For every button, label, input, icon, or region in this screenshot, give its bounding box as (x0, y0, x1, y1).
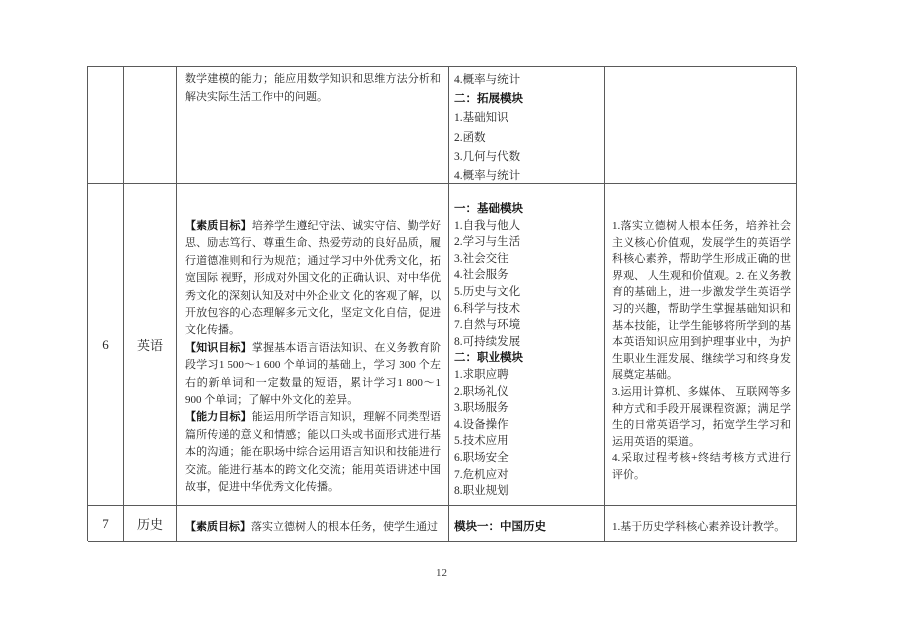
module-item: 4.概率与统计 (454, 71, 602, 90)
objective-paragraph: 【能力目标】能运用所学语言知识，理解不同类型语篇所传递的意义和情感；能以口头或书… (185, 409, 441, 496)
objectives-cell: 【素质目标】落实立德树人的根本任务，使学生通过 (177, 506, 449, 542)
seq-cell (88, 67, 124, 184)
seq-cell: 7 (88, 506, 124, 542)
note-paragraph: 3.运用计算机、多媒体、 互联网等多种方式和手段开展课程资源；满足学生的日常英语… (612, 384, 791, 450)
modules-cell: 4.概率与统计二：拓展模块1.基础知识2.函数3.几何与代数4.概率与统计 (449, 67, 605, 184)
notes-cell: 1.基于历史学科核心素养设计教学。 (605, 506, 797, 542)
modules-cell: 一：基础模块1.自我与他人2.学习与生活3.社会交往4.社会服务5.历史与文化6… (449, 184, 605, 506)
module-heading: 一：基础模块 (454, 201, 602, 218)
course-cell: 英语 (124, 184, 177, 506)
module-heading: 模块一：中国历史 (454, 519, 602, 536)
module-item: 3.几何与代数 (454, 148, 602, 167)
module-item: 2.学习与生活 (454, 234, 602, 251)
objective-paragraph: 【素质目标】落实立德树人的根本任务，使学生通过 (185, 519, 441, 536)
note-paragraph: 1.基于历史学科核心素养设计教学。 (612, 519, 791, 536)
course-cell: 历史 (124, 506, 177, 542)
objectives-cell: 【素质目标】培养学生遵纪守法、诚实守信、勤学好思、励志笃行、尊重生命、热爱劳动的… (177, 184, 449, 506)
module-item: 4.设备操作 (454, 417, 602, 434)
module-item: 1.自我与他人 (454, 218, 602, 235)
module-item: 3.社会交往 (454, 251, 602, 268)
module-item: 7.危机应对 (454, 467, 602, 484)
module-item: 7.自然与环境 (454, 317, 602, 334)
module-heading: 二：职业模块 (454, 350, 602, 367)
module-item: 3.职场服务 (454, 400, 602, 417)
module-item: 4.概率与统计 (454, 167, 602, 184)
module-item: 8.职业规划 (454, 483, 602, 500)
objectives-cell: 数学建模的能力；能应用数学知识和思维方法分析和解决实际生活工作中的问题。 (177, 67, 449, 184)
module-item: 5.历史与文化 (454, 284, 602, 301)
module-item: 5.技术应用 (454, 433, 602, 450)
module-item: 4.社会服务 (454, 267, 602, 284)
objective-label: 【素质目标】 (185, 521, 251, 533)
module-item: 1.求职应聘 (454, 367, 602, 384)
page-number: 12 (87, 567, 796, 579)
modules-cell: 模块一：中国历史 (449, 506, 605, 542)
notes-cell (605, 67, 797, 184)
seq-cell: 6 (88, 184, 124, 506)
module-item: 6.职场安全 (454, 450, 602, 467)
module-item: 2.职场礼仪 (454, 384, 602, 401)
module-item: 1.基础知识 (454, 109, 602, 128)
objective-paragraph: 【素质目标】培养学生遵纪守法、诚实守信、勤学好思、励志笃行、尊重生命、热爱劳动的… (185, 218, 441, 340)
document-page: { "page_number": "12", "table": { "row_m… (0, 0, 900, 636)
curriculum-table: 数学建模的能力；能应用数学知识和思维方法分析和解决实际生活工作中的问题。 4.概… (87, 66, 796, 541)
module-item: 2.函数 (454, 129, 602, 148)
module-heading: 二：拓展模块 (454, 90, 602, 109)
note-paragraph: 1.落实立德树人根本任务，培养社会主义核心价值观，发展学生的英语学科核心素养，帮… (612, 218, 791, 384)
objective-label: 【素质目标】 (185, 220, 252, 232)
module-item: 6.科学与技术 (454, 301, 602, 318)
objective-label: 【能力目标】 (185, 411, 252, 423)
objective-label: 【知识目标】 (185, 342, 252, 354)
course-cell (124, 67, 177, 184)
note-paragraph: 4.采取过程考核+终结考核方式进行评价。 (612, 450, 791, 483)
module-item: 8.可持续发展 (454, 334, 602, 351)
objective-paragraph: 【知识目标】掌握基本语言语法知识、在义务教育阶段学习1 500～1 600 个单… (185, 340, 441, 410)
notes-cell: 1.落实立德树人根本任务，培养社会主义核心价值观，发展学生的英语学科核心素养，帮… (605, 184, 797, 506)
